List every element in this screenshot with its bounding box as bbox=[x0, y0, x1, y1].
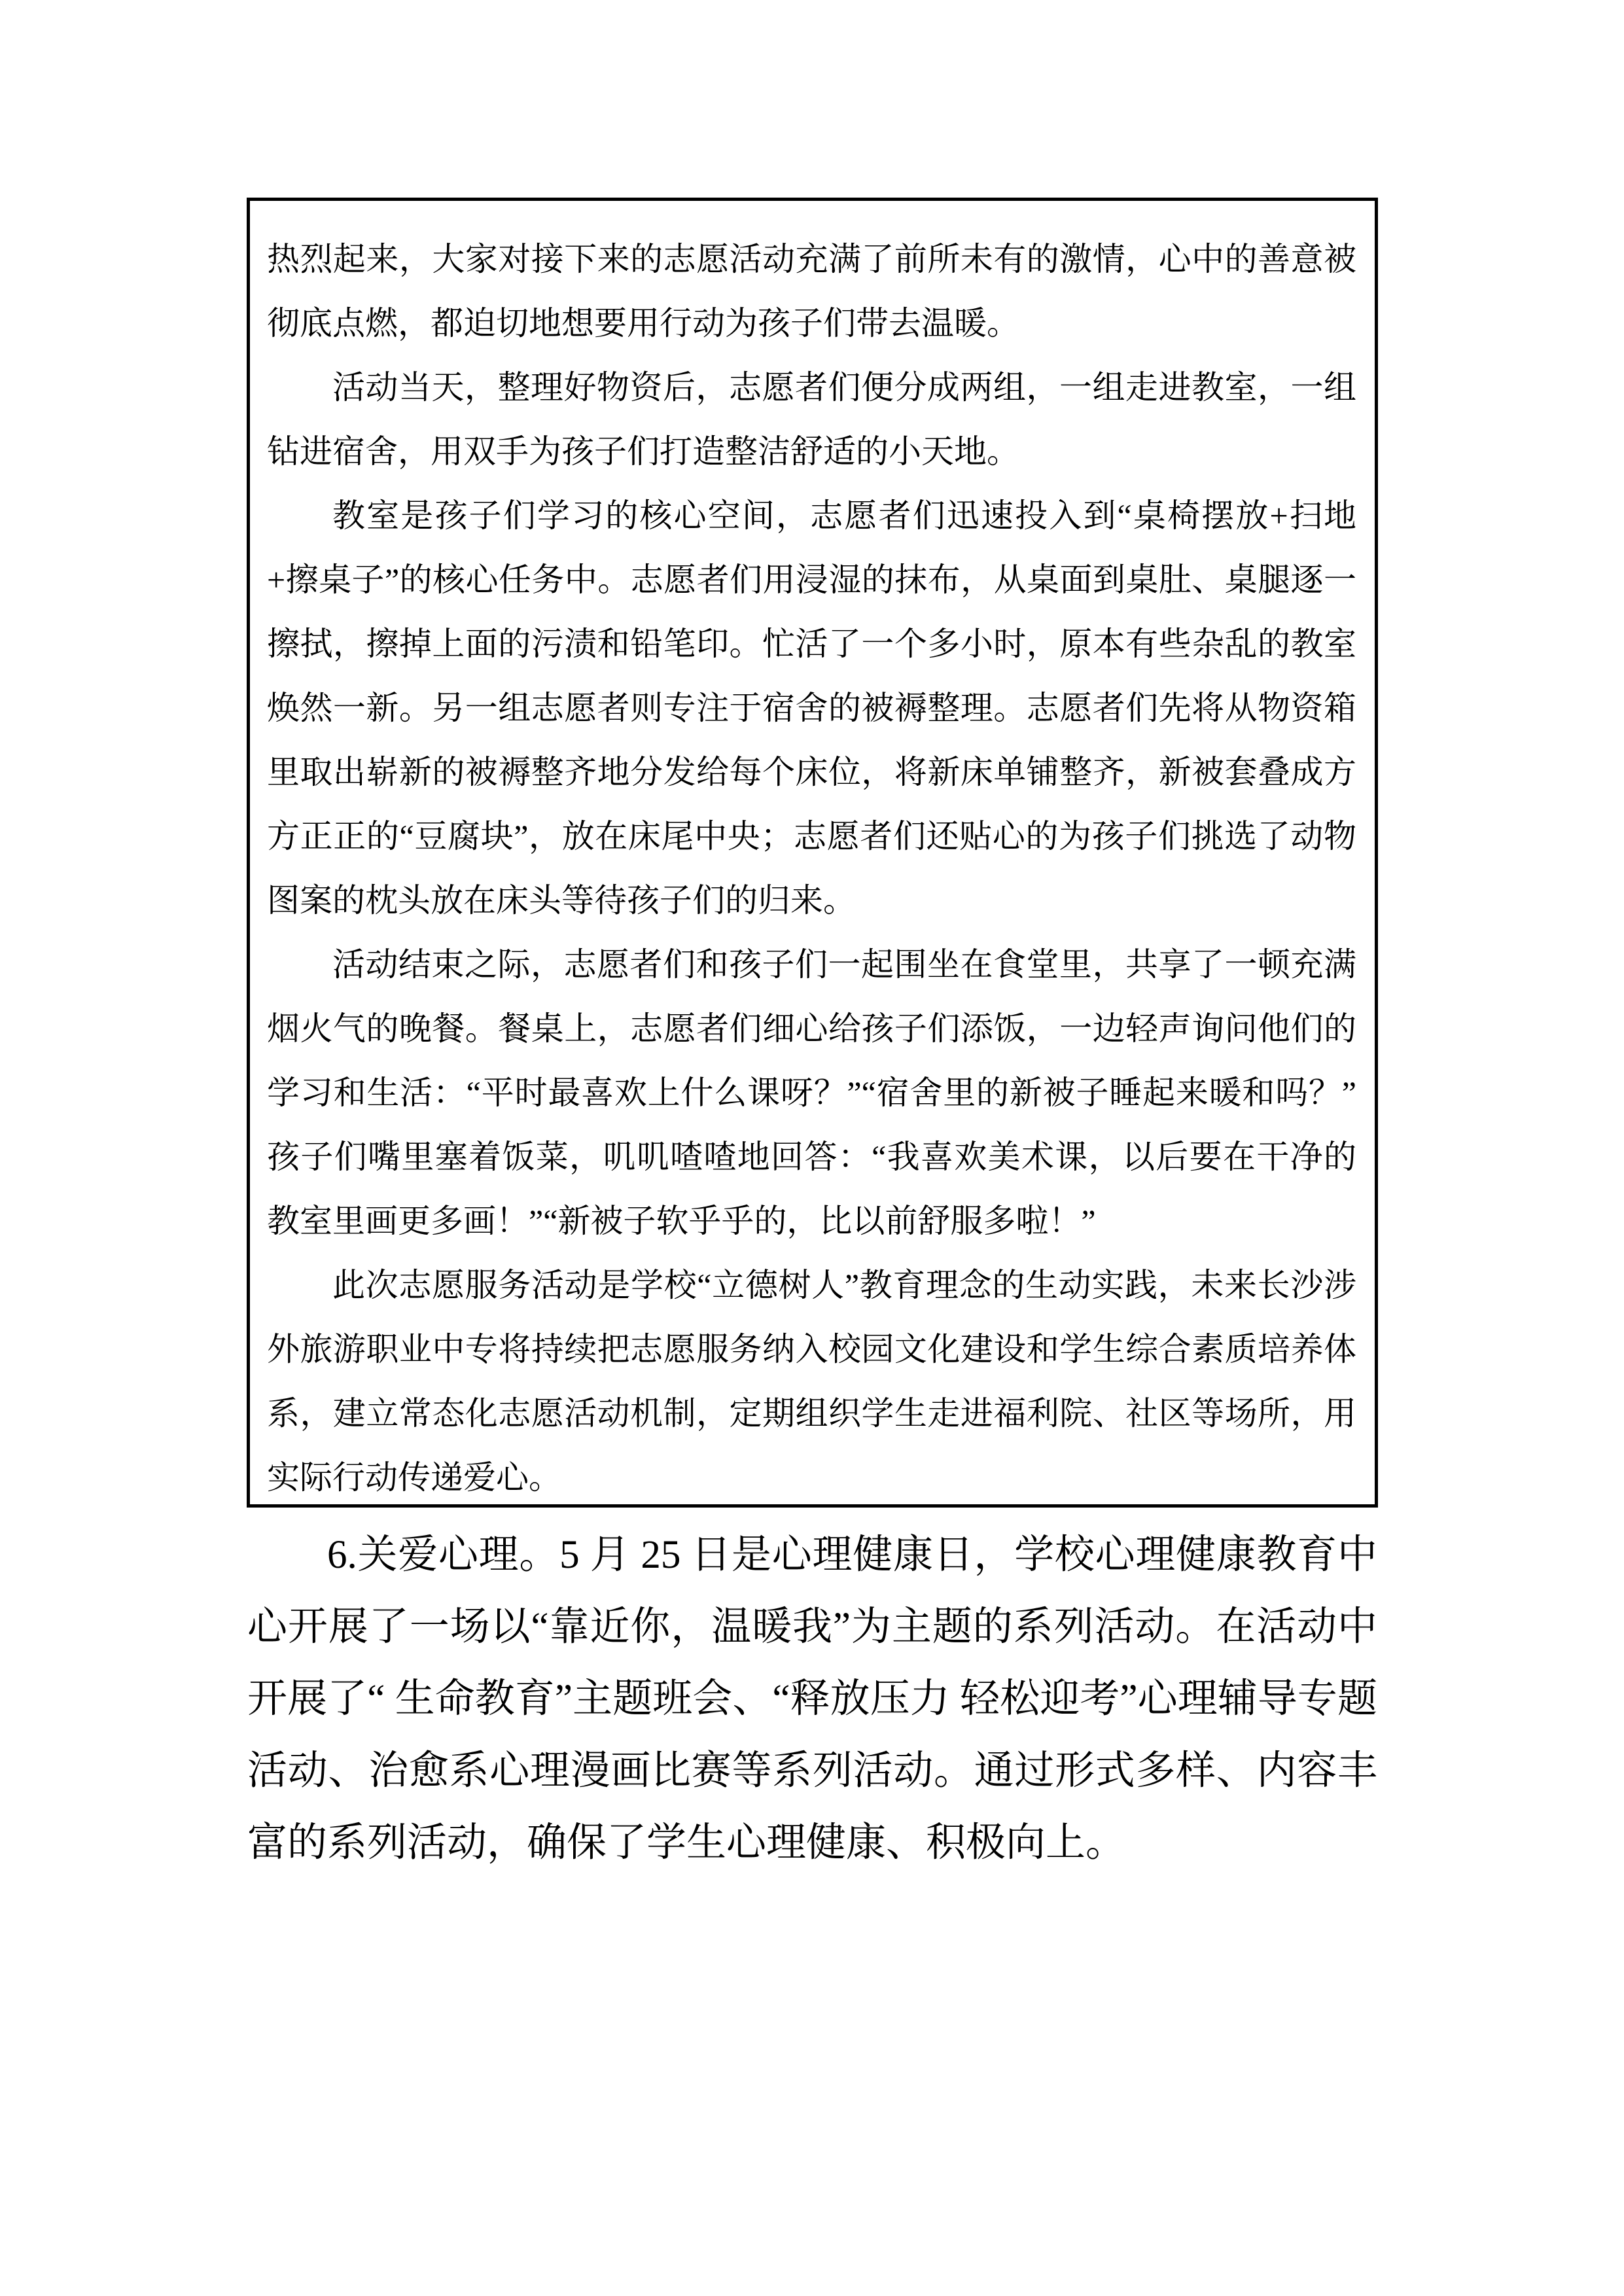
table-cell-paragraph: 此次志愿服务活动是学校“立德树人”教育理念的生动实践，未来长沙涉外旅游职业中专将… bbox=[267, 1253, 1356, 1510]
table-cell-paragraph: 活动当天，整理好物资后，志愿者们便分成两组，一组走进教室，一组钻进宿舍，用双手为… bbox=[267, 355, 1356, 484]
body-paragraph: 6.关爱心理。5 月 25 日是心理健康日，学校心理健康教育中心开展了一场以“靠… bbox=[247, 1519, 1377, 1879]
table-cell-paragraph: 教室是孩子们学习的核心空间，志愿者们迅速投入到“桌椅摆放+扫地+擦桌子”的核心任… bbox=[267, 484, 1356, 932]
table-cell-box: 热烈起来，大家对接下来的志愿活动充满了前所未有的激情，心中的善意被彻底点燃，都迫… bbox=[247, 198, 1378, 1508]
table-cell-paragraph: 热烈起来，大家对接下来的志愿活动充满了前所未有的激情，心中的善意被彻底点燃，都迫… bbox=[267, 227, 1356, 355]
document-page: 热烈起来，大家对接下来的志愿活动充满了前所未有的激情，心中的善意被彻底点燃，都迫… bbox=[0, 0, 1624, 2296]
body-text-section: 6.关爱心理。5 月 25 日是心理健康日，学校心理健康教育中心开展了一场以“靠… bbox=[247, 1519, 1377, 1879]
table-cell-paragraph: 活动结束之际，志愿者们和孩子们一起围坐在食堂里，共享了一顿充满烟火气的晚餐。餐桌… bbox=[267, 932, 1356, 1253]
